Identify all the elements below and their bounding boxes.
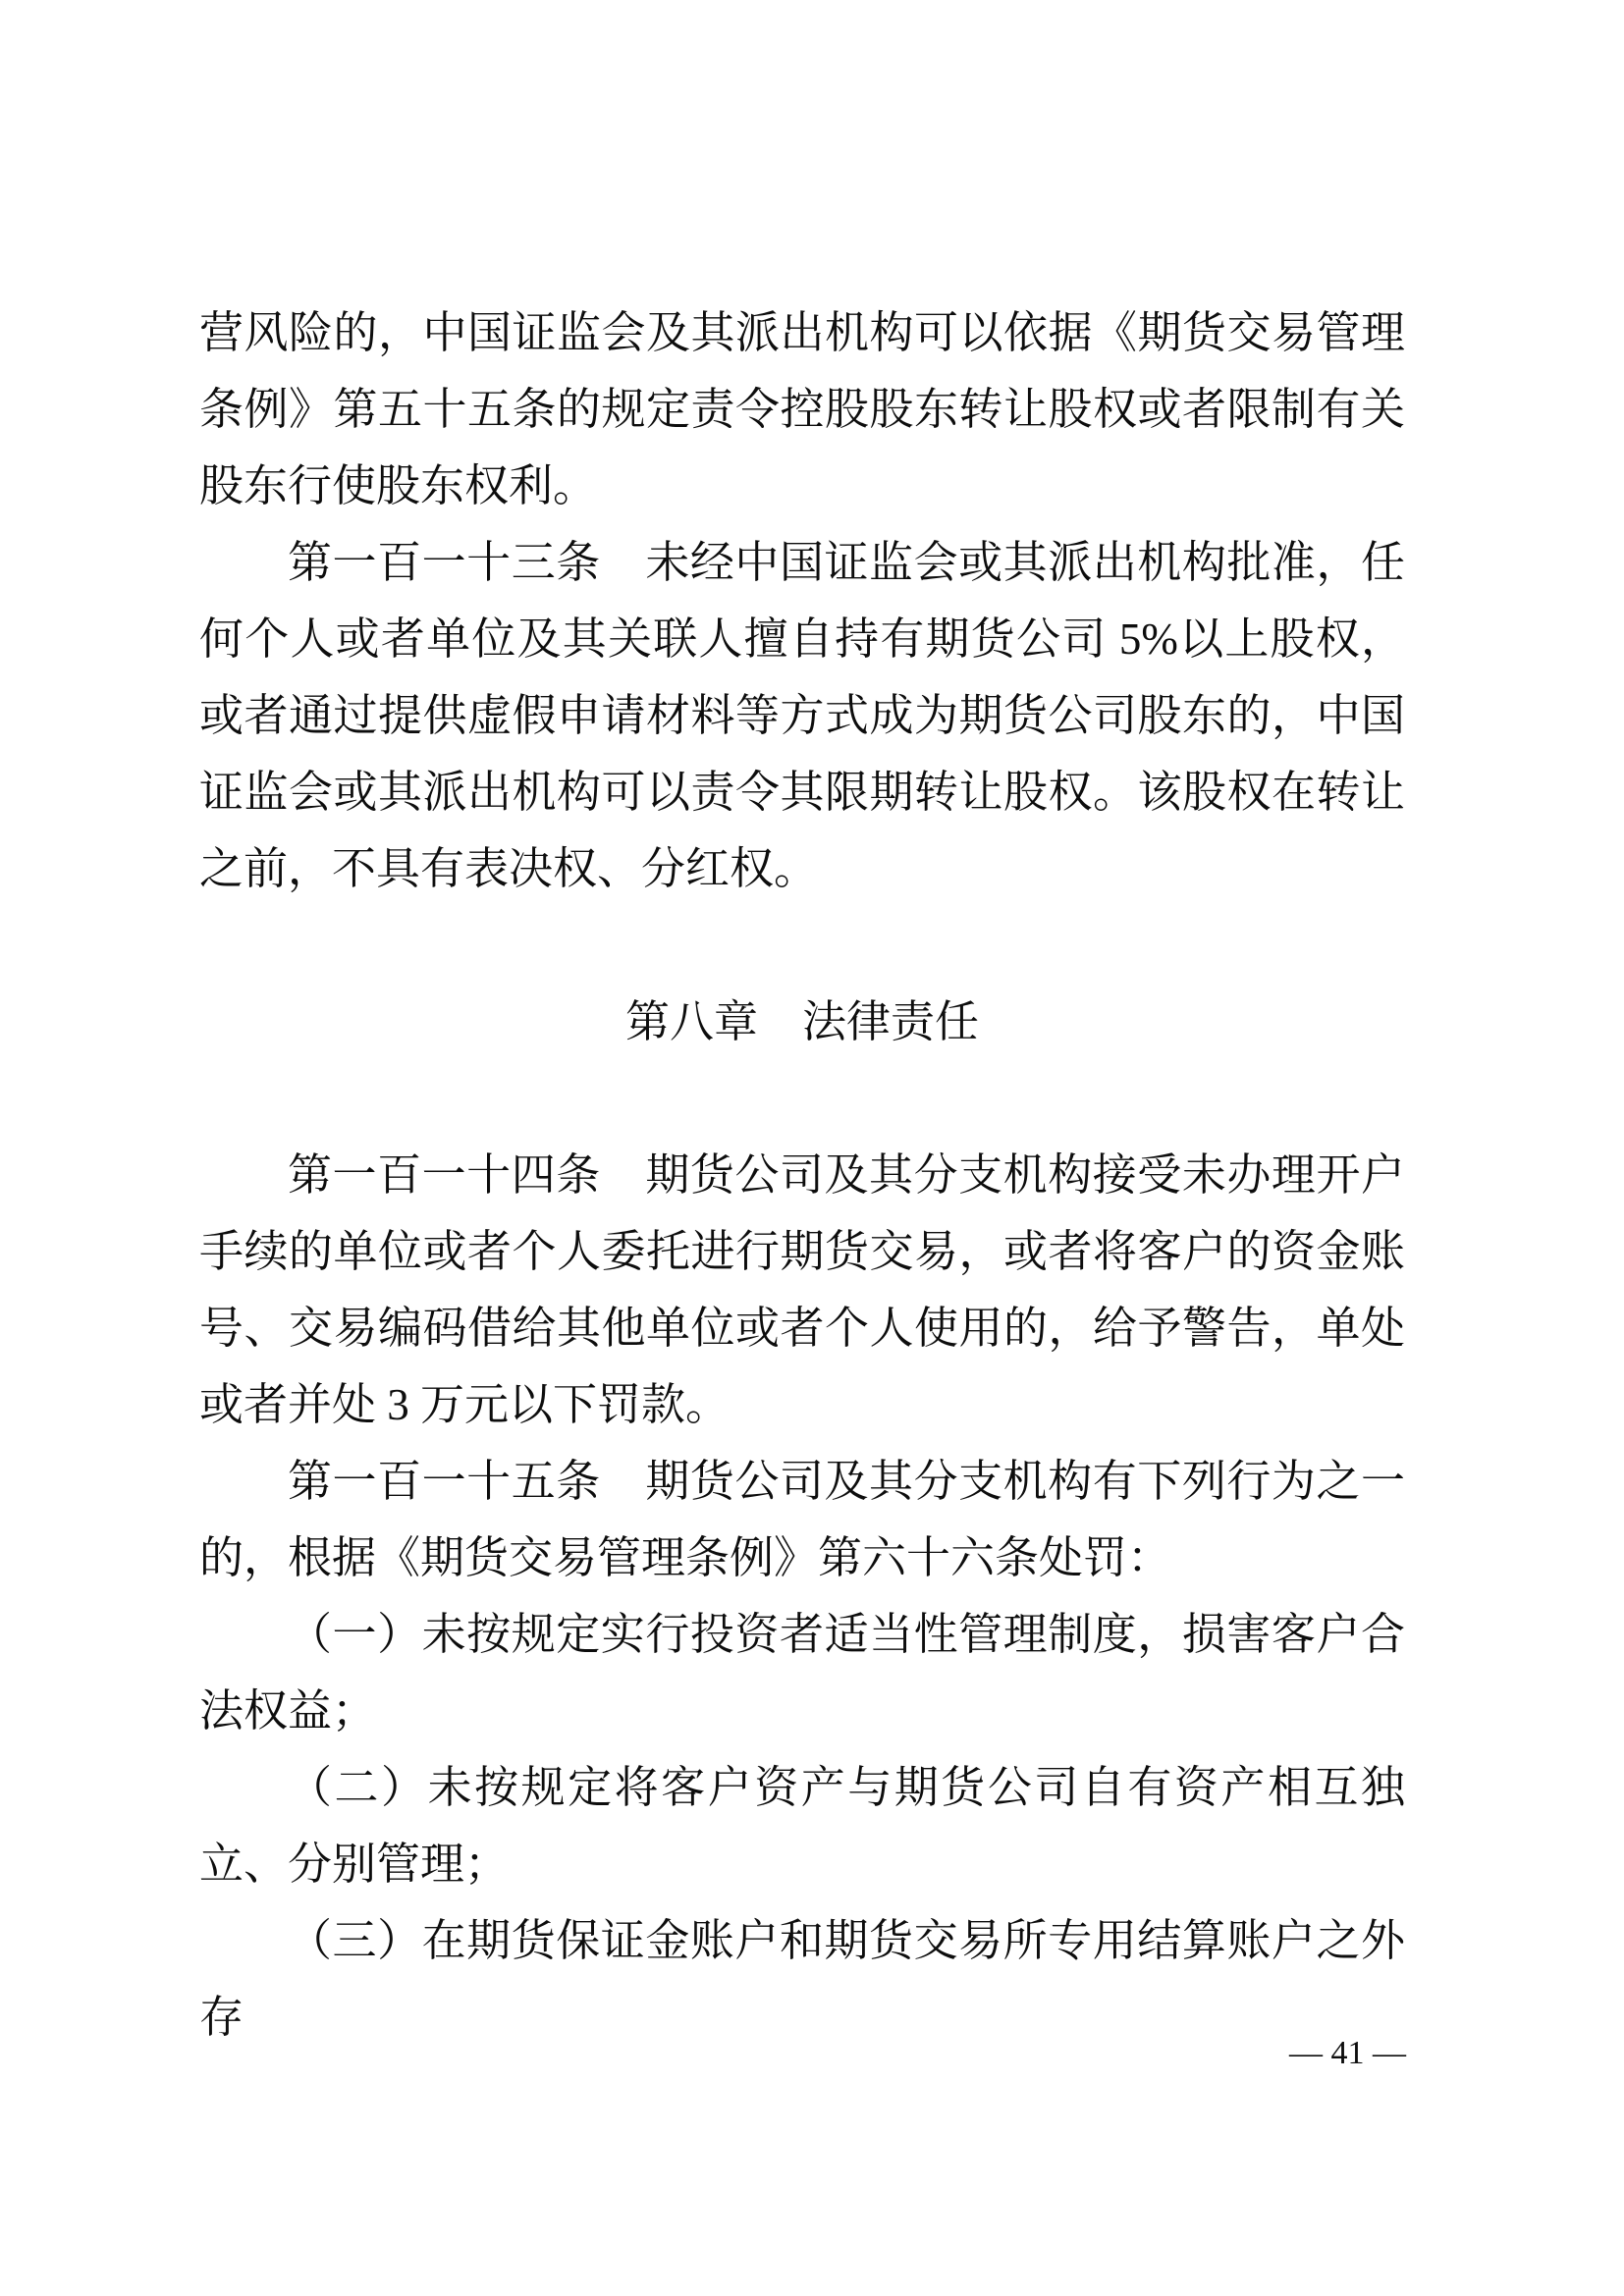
document-page: 营风险的，中国证监会及其派出机构可以依据《期货交易管理条例》第五十五条的规定责令…: [0, 0, 1624, 2296]
list-item-3: （三）在期货保证金账户和期货交易所专用结算账户之外存: [199, 1902, 1405, 2056]
chapter-heading: 第八章 法律责任: [199, 984, 1405, 1060]
page-footer: — 41 —: [1289, 2034, 1406, 2073]
list-item-1: （一）未按规定实行投资者适当性管理制度，损害客户合法权益；: [199, 1596, 1405, 1749]
paragraph-article-114: 第一百一十四条 期货公司及其分支机构接受未办理开户手续的单位或者个人委托进行期货…: [199, 1137, 1405, 1443]
paragraph-article-113: 第一百一十三条 未经中国证监会或其派出机构批准，任何个人或者单位及其关联人擅自持…: [199, 524, 1405, 907]
page-number: — 41 —: [1289, 2035, 1406, 2071]
paragraph-article-115: 第一百一十五条 期货公司及其分支机构有下列行为之一的，根据《期货交易管理条例》第…: [199, 1443, 1405, 1596]
document-body: 营风险的，中国证监会及其派出机构可以依据《期货交易管理条例》第五十五条的规定责令…: [199, 294, 1405, 2056]
paragraph-continuation: 营风险的，中国证监会及其派出机构可以依据《期货交易管理条例》第五十五条的规定责令…: [199, 294, 1405, 524]
list-item-2: （二）未按规定将客户资产与期货公司自有资产相互独立、分别管理；: [199, 1749, 1405, 1902]
